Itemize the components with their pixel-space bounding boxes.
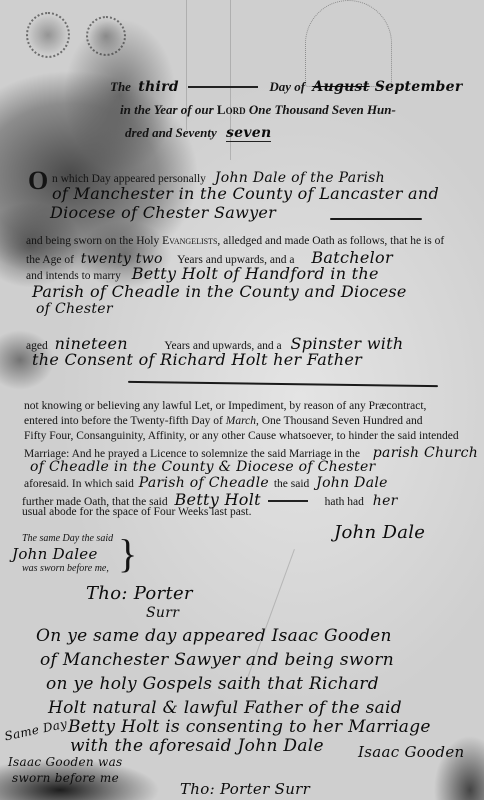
appearance-line-2: of Manchester in the County of Lancaster… <box>52 186 439 202</box>
heading-day-rule <box>188 86 258 88</box>
oath-line-5: of Chester <box>36 302 113 316</box>
affidavit-line-5: Betty Holt is consenting to her Marriage <box>68 719 431 736</box>
oath-line-3: and intends to marry Betty Holt of Handf… <box>26 266 379 283</box>
heading-day-prefix: The <box>110 79 131 94</box>
impediment-march: March <box>226 415 256 427</box>
heading-lord: Lord <box>217 102 246 117</box>
impediment-line-2: entered into before the Twenty-fifth Day… <box>24 416 423 428</box>
heading-day-label: Day of <box>269 79 305 94</box>
affidavit-line-3: on ye holy Gospels saith that Richard <box>46 676 379 693</box>
impediment-line6-b: hath had <box>325 496 364 508</box>
heading-year-line: in the Year of our Lord One Thousand Sev… <box>120 103 396 116</box>
bride-rule <box>128 381 438 387</box>
oath-line1-a: and being sworn on the Holy <box>26 235 159 247</box>
affidavit-line-2: of Manchester Sawyer and being sworn <box>40 652 394 669</box>
heading-day-handwritten: third <box>138 79 179 95</box>
impediment-church-line-2: of Cheadle in the County & Diocese of Ch… <box>30 460 376 474</box>
sworn-name-handwritten: John Dalee <box>12 547 98 562</box>
affidavit-line-4: Holt natural & lawful Father of the said <box>48 700 402 717</box>
sworn-brace: } <box>118 534 137 574</box>
heading-year-line1-rest: One Thousand Seven Hun- <box>249 102 396 117</box>
oath-bride-handwritten: Betty Holt of Handford in the <box>132 264 379 283</box>
groom-signature: John Dale <box>334 524 425 542</box>
impediment-line-1: not knowing or believing any lawful Let,… <box>24 401 426 413</box>
tax-stamp-right <box>86 16 126 56</box>
oath-line1-b: , alledged and made Oath as follows, tha… <box>217 235 444 247</box>
appearance-rule <box>330 218 422 220</box>
impediment-line5-a: aforesaid. In which said <box>24 478 134 490</box>
heading-year-line-2: dred and Seventy seven <box>125 126 271 140</box>
sworn-surrogate-signature: Tho: Porter <box>86 585 193 603</box>
heading-year-handwritten: seven <box>226 125 272 142</box>
impediment-parish-handwritten: Parish of Cheadle <box>139 475 269 491</box>
tax-stamp-left <box>26 12 70 58</box>
impediment-line5-b: the said <box>274 478 309 490</box>
heading-year-line2-prefix: dred and Seventy <box>125 125 217 140</box>
impediment-groom-handwritten: John Dale <box>316 475 388 491</box>
affidavit-surrogate-signature: Tho: Porter Surr <box>180 782 310 797</box>
impediment-bride-rule <box>268 500 308 502</box>
affidavit-margin-note-3: sworn before me <box>12 772 119 784</box>
dropcap-o: O <box>28 168 48 194</box>
heading-day-line: The third Day of August September <box>110 80 463 94</box>
sworn-surrogate-title: Surr <box>146 606 179 620</box>
impediment-line2-a: entered into before the Twenty-fifth Day… <box>24 415 223 427</box>
sworn-line-3: was sworn before me, <box>22 564 109 574</box>
bride-consent-handwritten: the Consent of Richard Holt her Father <box>32 352 362 368</box>
oath-line3-a: and intends to marry <box>26 270 121 282</box>
heading-month-struck: August <box>312 79 369 95</box>
impediment-pronoun-handwritten: her <box>373 493 398 509</box>
watermark-arch <box>305 0 392 87</box>
heading-year-line1: in the Year of our <box>120 102 214 117</box>
sworn-line-1: The same Day the said <box>22 534 113 544</box>
document-page: The third Day of August September in the… <box>0 0 484 800</box>
impediment-line-5: aforesaid. In which said Parish of Chead… <box>24 476 388 491</box>
affidavit-margin-note-2: Isaac Gooden was <box>8 756 123 768</box>
impediment-line2-b: , One Thousand Seven Hundred and <box>256 415 423 427</box>
affidavit-line-6: with the aforesaid John Dale <box>70 738 324 755</box>
impediment-line-7: usual abode for the space of Four Weeks … <box>22 507 251 519</box>
impediment-church-handwritten: parish Church <box>373 445 478 461</box>
oath-line2-a: the Age of <box>26 254 74 266</box>
impediment-line-3: Fifty Four, Consanguinity, Affinity, or … <box>24 431 459 443</box>
oath-line-1: and being sworn on the Holy Evangelists,… <box>26 236 444 248</box>
affidavit-line-1: On ye same day appeared Isaac Gooden <box>36 628 392 645</box>
affidavit-margin-note-1: Same Day <box>3 718 68 743</box>
appearance-line-3: Diocese of Chester Sawyer <box>50 205 276 221</box>
affidavit-witness-signature: Isaac Gooden <box>358 745 464 760</box>
heading-month-handwritten: September <box>375 79 463 95</box>
oath-line-4: Parish of Cheadle in the County and Dioc… <box>32 284 407 300</box>
oath-evangelists: Evangelists <box>162 235 217 247</box>
